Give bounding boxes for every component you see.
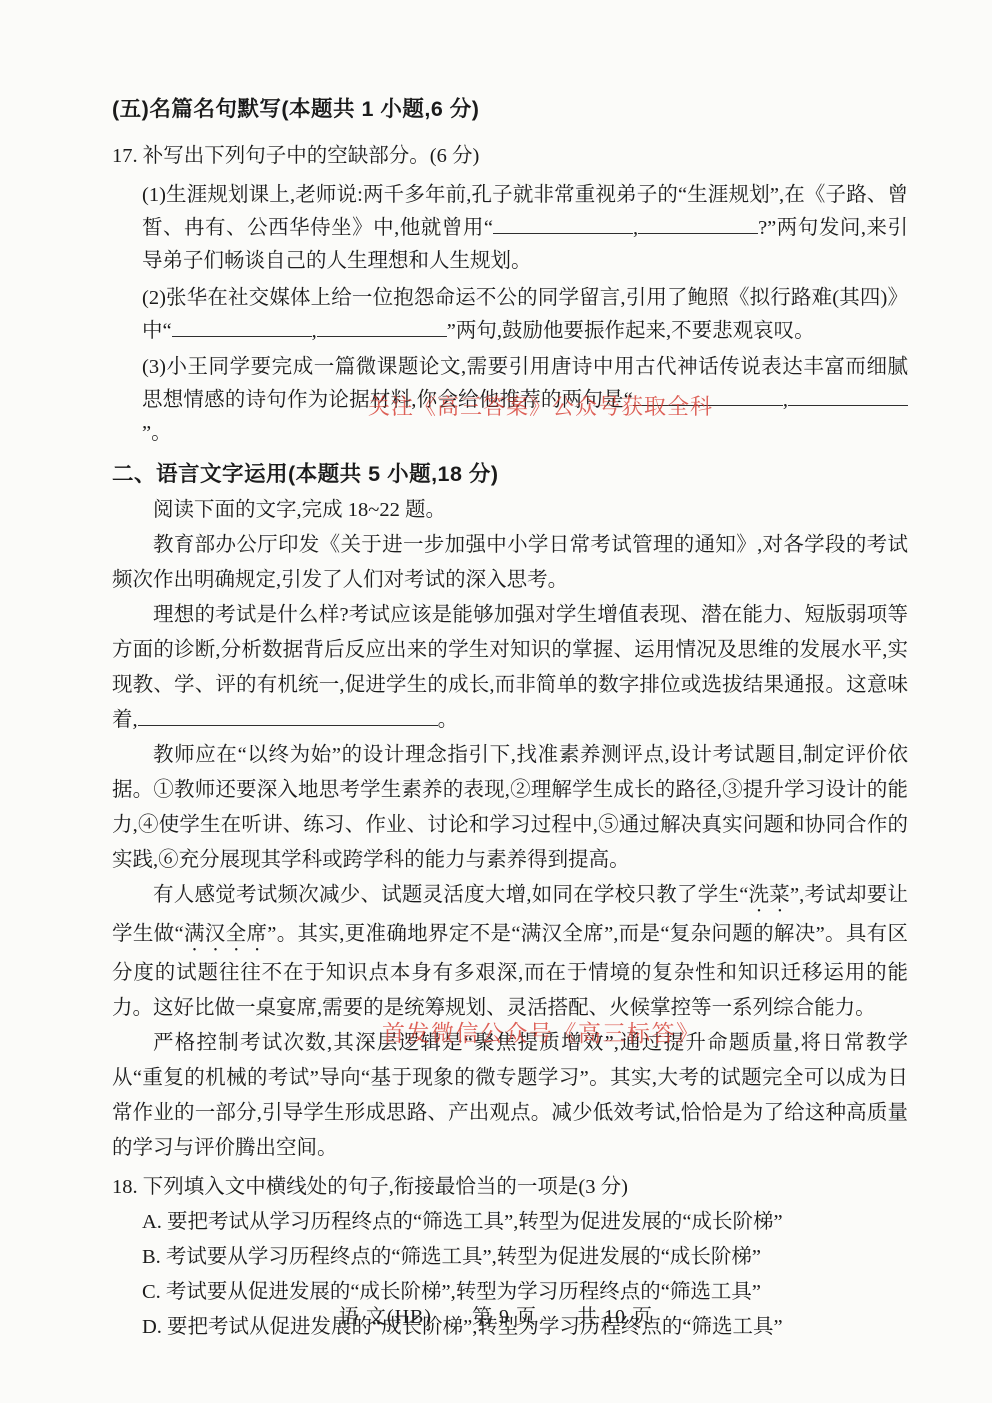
question-17-stem: 17. 补写出下列句子中的空缺部分。(6 分): [112, 140, 908, 173]
answer-blank: [172, 316, 312, 338]
question-17-item-3: (3)小王同学要完成一篇微课题论文,需要引用唐诗中用古代神话传说表达丰富而细腻思…: [142, 351, 908, 450]
passage-paragraph-1: 教育部办公厅印发《关于进一步加强中小学日常考试管理的通知》,对各学段的考试频次作…: [112, 528, 908, 598]
question-18-option-a: A. 要把考试从学习历程终点的“筛选工具”,转型为促进发展的“成长阶梯”: [142, 1205, 908, 1240]
answer-blank: [138, 705, 438, 727]
footer-subject: 语 文(HB): [339, 1306, 432, 1328]
passage-paragraph-2: 理想的考试是什么样?考试应该是能够加强对学生增值表现、潜在能力、短版弱项等方面的…: [112, 598, 908, 738]
answer-blank: [493, 213, 633, 235]
page-content: (五)名篇名句默写(本题共 1 小题,6 分) 17. 补写出下列句子中的空缺部…: [112, 93, 908, 1345]
reading-instruction: 阅读下面的文字,完成 18~22 题。: [112, 493, 908, 528]
item-3-text-end: ”。: [142, 422, 172, 444]
question-18-option-b: B. 考试要从学习历程终点的“筛选工具”,转型为促进发展的“成长阶梯”: [142, 1240, 908, 1275]
section-5-heading: (五)名篇名句默写(本题共 1 小题,6 分): [112, 93, 908, 126]
emphasized-term-xicai: 洗菜: [748, 884, 790, 906]
question-17-item-1: (1)生涯规划课上,老师说:两千多年前,孔子就非常重视弟子的“生涯规划”,在《子…: [142, 179, 908, 278]
page-footer: 语 文(HB) 第 9 页 共 10 页: [0, 1300, 992, 1329]
item-2-text-end: ”两句,鼓励他要振作起来,不要悲观哀叹。: [447, 320, 815, 342]
paragraph-4-text: 有人感觉考试频次减少、试题灵活度大增,如同在学校只教了学生“: [153, 884, 748, 906]
exam-paper-page: (五)名篇名句默写(本题共 1 小题,6 分) 17. 补写出下列句子中的空缺部…: [0, 0, 992, 1403]
passage-paragraph-5: 严格控制考试次数,其深层逻辑是“聚焦提质增效”,通过提升命题质量,将日常教学从“…: [112, 1026, 908, 1166]
paragraph-2-period: 。: [438, 709, 459, 731]
emphasized-term-manhanquanxi: 满汉全席: [184, 923, 268, 945]
answer-blank: [317, 316, 447, 338]
section-6-heading: 二、语言文字运用(本题共 5 小题,18 分): [112, 458, 908, 491]
question-18-stem: 18. 下列填入文中横线处的句子,衔接最恰当的一项是(3 分): [112, 1170, 908, 1205]
footer-page-number: 第 9 页: [472, 1306, 537, 1328]
question-17-item-2: (2)张华在社交媒体上给一位抱怨命运不公的同学留言,引用了鲍照《拟行路难(其四)…: [142, 282, 908, 348]
passage-paragraph-4: 有人感觉考试频次减少、试题灵活度大增,如同在学校只教了学生“洗菜”,考试却要让学…: [112, 878, 908, 1026]
footer-page-total: 共 10 页: [577, 1306, 653, 1328]
answer-blank: [633, 385, 783, 407]
answer-blank: [788, 385, 908, 407]
answer-blank: [638, 213, 758, 235]
passage-paragraph-3: 教师应在“以终为始”的设计理念指引下,找准素养测评点,设计考试题目,制定评价依据…: [112, 738, 908, 878]
